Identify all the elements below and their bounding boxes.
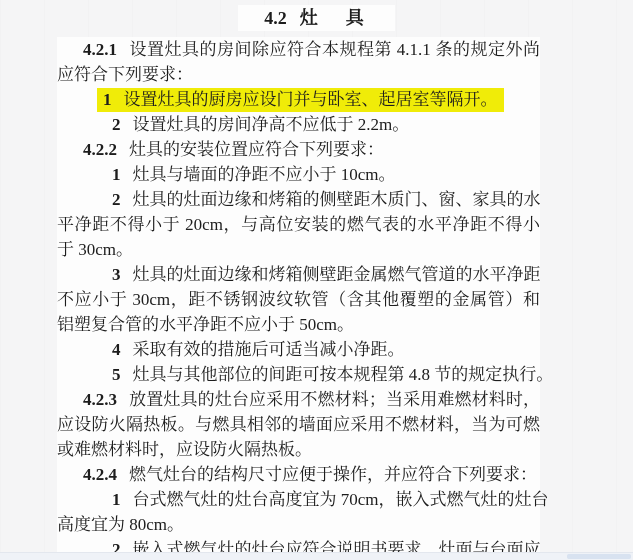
text-line-content: 4.2.3放置灶具的灶台应采用不燃材料；当采用难燃材料时，	[83, 390, 540, 409]
text-line: 1设置灶具的厨房应设门并与卧室、起居室等隔开。	[57, 87, 540, 112]
clause-number: 2	[112, 115, 121, 134]
clause-number: 1	[112, 490, 121, 509]
clause-text: 铝塑复合管的水平净距不应小于 50cm。	[57, 315, 354, 334]
text-line-content: 应符合下列要求：	[57, 65, 193, 84]
text-line: 应符合下列要求：	[57, 62, 540, 87]
text-line-content: 4采取有效的措施后可适当减小净距。	[112, 340, 405, 359]
clause-text: 设置灶具的厨房应设门并与卧室、起居室等隔开。	[124, 90, 498, 109]
section-heading-strip: 4.2灶 具	[238, 5, 395, 31]
text-lines: 4.2.1设置灶具的房间除应符合本规程第 4.1.1 条的规定外尚应符合下列要求…	[57, 37, 540, 560]
text-line-content: 4.2.2灶具的安装位置应符合下列要求：	[83, 140, 384, 159]
clause-text: 燃气灶台的结构尺寸应便于操作，并应符合下列要求：	[129, 465, 537, 484]
text-line-content: 平净距不得小于 20cm，与高位安装的燃气表的水平净距不得小	[57, 215, 540, 234]
text-line-content: 铝塑复合管的水平净距不应小于 50cm。	[57, 315, 354, 334]
text-line: 4.2.1设置灶具的房间除应符合本规程第 4.1.1 条的规定外尚	[57, 37, 540, 62]
clause-text: 灶具的安装位置应符合下列要求：	[129, 140, 384, 159]
text-line: 铝塑复合管的水平净距不应小于 50cm。	[57, 312, 540, 337]
clause-text: 平净距不得小于 20cm，与高位安装的燃气表的水平净距不得小	[57, 215, 540, 234]
text-line: 4采取有效的措施后可适当减小净距。	[57, 337, 540, 362]
text-line: 或难燃材料时，应设防火隔热板。	[57, 437, 540, 462]
text-line: 应设防火隔热板。与燃具相邻的墙面应采用不燃材料，当为可燃	[57, 412, 540, 437]
clause-number: 4.2.3	[83, 390, 117, 409]
clause-number: 4.2.1	[83, 40, 117, 59]
text-line-content: 5灶具与其他部位的间距可按本规程第 4.8 节的规定执行。	[112, 365, 553, 384]
section-heading: 4.2灶 具	[0, 5, 633, 31]
clause-text: 灶具的灶面边缘和烤箱侧壁距金属燃气管道的水平净距	[133, 265, 541, 284]
text-line: 2设置灶具的房间净高不应低于 2.2m。	[57, 112, 540, 137]
text-line-content: 1台式燃气灶的灶台高度宜为 70cm，嵌入式燃气灶的灶台	[112, 490, 549, 509]
text-line-content: 1灶具与墙面的净距不应小于 10cm。	[112, 165, 396, 184]
text-line-content: 不应小于 30cm，距不锈钢波纹软管（含其他覆塑的金属管）和	[57, 290, 540, 309]
text-line: 4.2.2灶具的安装位置应符合下列要求：	[57, 137, 540, 162]
text-line-content: 4.2.4燃气灶台的结构尺寸应便于操作，并应符合下列要求：	[83, 465, 537, 484]
text-line: 1台式燃气灶的灶台高度宜为 70cm，嵌入式燃气灶的灶台	[57, 487, 540, 512]
text-line-content: 2灶具的灶面边缘和烤箱的侧壁距木质门、窗、家具的水	[112, 190, 541, 209]
text-line: 不应小于 30cm，距不锈钢波纹软管（含其他覆塑的金属管）和	[57, 287, 540, 312]
clause-text: 台式燃气灶的灶台高度宜为 70cm，嵌入式燃气灶的灶台	[133, 490, 549, 509]
clause-number: 4.2.2	[83, 140, 117, 159]
clause-text: 于 30cm。	[57, 240, 133, 259]
text-line: 4.2.4燃气灶台的结构尺寸应便于操作，并应符合下列要求：	[57, 462, 540, 487]
clause-text: 不应小于 30cm，距不锈钢波纹软管（含其他覆塑的金属管）和	[57, 290, 540, 309]
clause-number: 4.2.4	[83, 465, 117, 484]
text-line-content: 3灶具的灶面边缘和烤箱侧壁距金属燃气管道的水平净距	[112, 265, 541, 284]
clause-text: 设置灶具的房间除应符合本规程第 4.1.1 条的规定外尚	[129, 40, 540, 59]
clause-text: 或难燃材料时，应设防火隔热板。	[57, 440, 312, 459]
text-line-content: 1设置灶具的厨房应设门并与卧室、起居室等隔开。	[97, 88, 504, 112]
text-line-content: 于 30cm。	[57, 240, 133, 259]
horizontal-scrollbar[interactable]	[0, 552, 633, 560]
scrollbar-thumb[interactable]	[567, 554, 631, 559]
document-page: 4.2灶 具 4.2.1设置灶具的房间除应符合本规程第 4.1.1 条的规定外尚…	[0, 0, 633, 560]
clause-text: 灶具与其他部位的间距可按本规程第 4.8 节的规定执行。	[133, 365, 554, 384]
text-line: 3灶具的灶面边缘和烤箱侧壁距金属燃气管道的水平净距	[57, 262, 540, 287]
clause-number: 2	[112, 190, 121, 209]
text-line-content: 高度宜为 80cm。	[57, 515, 184, 534]
text-line: 4.2.3放置灶具的灶台应采用不燃材料；当采用难燃材料时，	[57, 387, 540, 412]
clause-number: 1	[112, 165, 121, 184]
clause-number: 1	[103, 90, 112, 109]
clause-text: 高度宜为 80cm。	[57, 515, 184, 534]
clause-text: 设置灶具的房间净高不应低于 2.2m。	[133, 115, 410, 134]
text-line-content: 4.2.1设置灶具的房间除应符合本规程第 4.1.1 条的规定外尚	[83, 40, 540, 59]
clause-text: 灶具的灶面边缘和烤箱的侧壁距木质门、窗、家具的水	[133, 190, 541, 209]
text-line: 于 30cm。	[57, 237, 540, 262]
text-line-content: 或难燃材料时，应设防火隔热板。	[57, 440, 312, 459]
text-line-content: 2设置灶具的房间净高不应低于 2.2m。	[112, 115, 409, 134]
text-line: 1灶具与墙面的净距不应小于 10cm。	[57, 162, 540, 187]
clause-number: 4	[112, 340, 121, 359]
clause-number: 5	[112, 365, 121, 384]
clause-text: 采取有效的措施后可适当减小净距。	[133, 340, 405, 359]
text-line: 高度宜为 80cm。	[57, 512, 540, 537]
text-line-content: 应设防火隔热板。与燃具相邻的墙面应采用不燃材料，当为可燃	[57, 415, 540, 434]
section-title: 灶 具	[300, 8, 369, 28]
clause-number: 3	[112, 265, 121, 284]
text-line: 2灶具的灶面边缘和烤箱的侧壁距木质门、窗、家具的水	[57, 187, 540, 212]
clause-text: 放置灶具的灶台应采用不燃材料；当采用难燃材料时，	[129, 390, 540, 409]
text-line: 平净距不得小于 20cm，与高位安装的燃气表的水平净距不得小	[57, 212, 540, 237]
section-number: 4.2	[264, 8, 287, 28]
clause-text: 应设防火隔热板。与燃具相邻的墙面应采用不燃材料，当为可燃	[57, 415, 540, 434]
text-line: 5灶具与其他部位的间距可按本规程第 4.8 节的规定执行。	[57, 362, 540, 387]
clause-text: 灶具与墙面的净距不应小于 10cm。	[133, 165, 396, 184]
clause-text: 应符合下列要求：	[57, 65, 193, 84]
